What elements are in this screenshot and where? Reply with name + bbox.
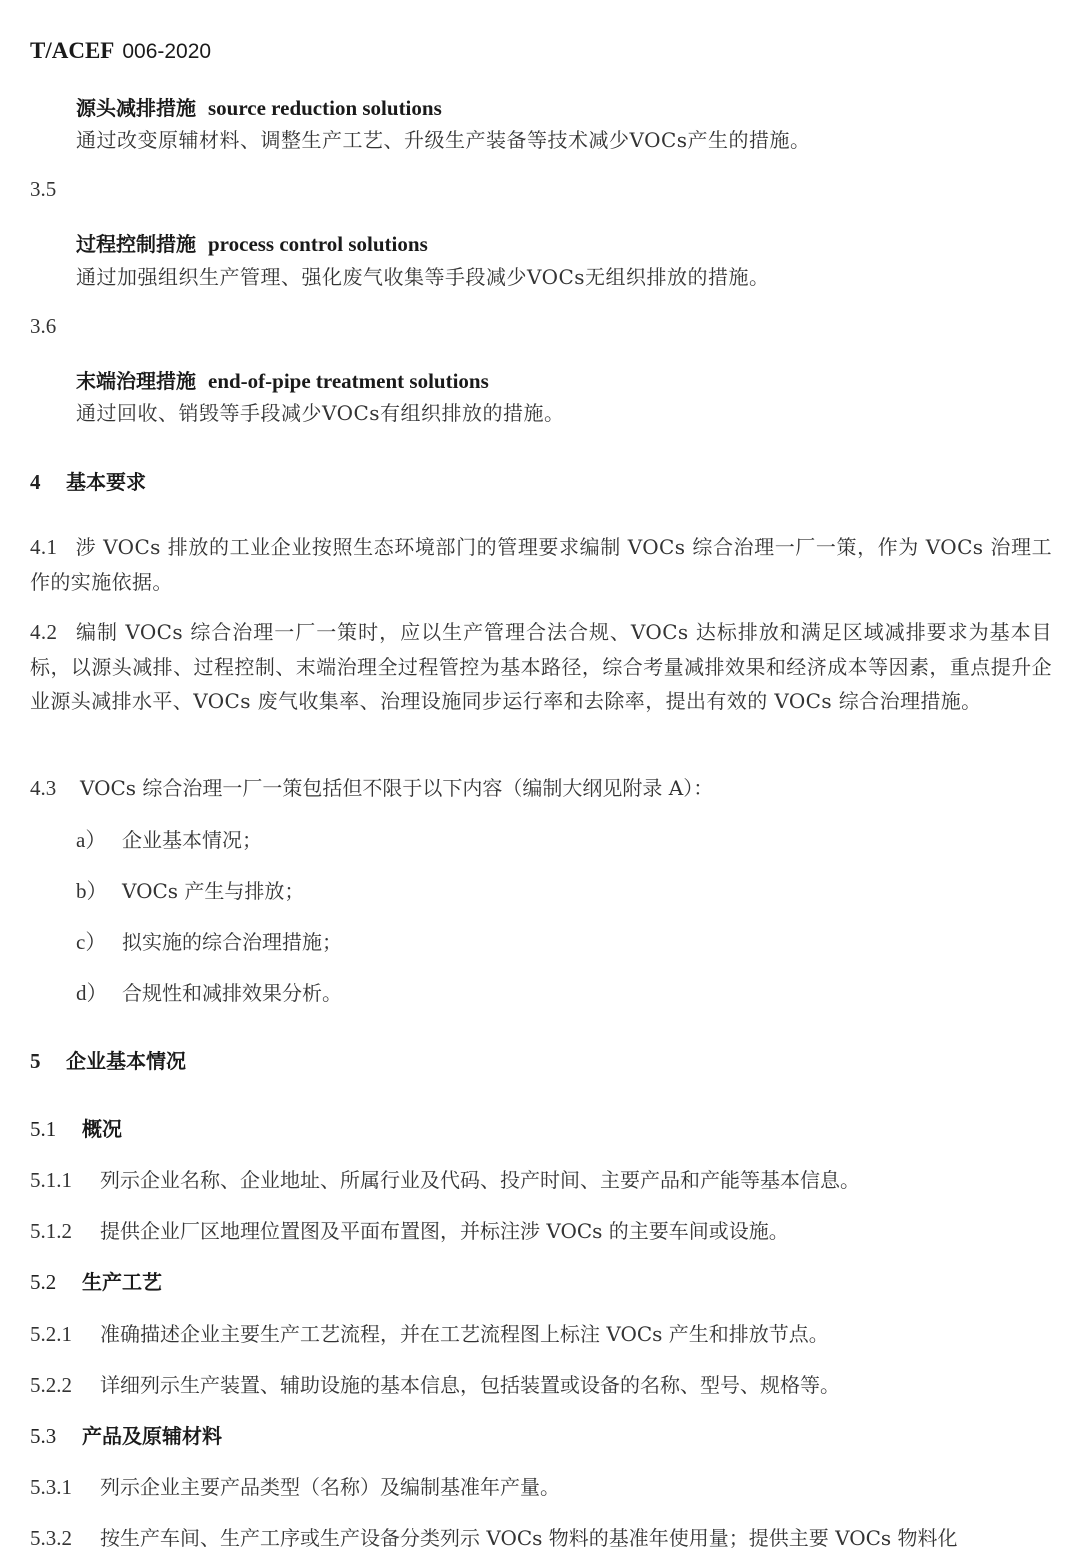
section-number: 5 xyxy=(30,1049,66,1074)
clause-5-1-1: 5.1.1列示企业名称、企业地址、所属行业及代码、投产时间、主要产品和产能等基本… xyxy=(30,1164,860,1193)
subsection-heading-5-3: 5.3产品及原辅材料 xyxy=(30,1420,222,1449)
list-item-a: a）企业基本情况； xyxy=(76,824,262,854)
subsection-heading-5-1: 5.1概况 xyxy=(30,1113,122,1142)
list-item-d: d）合规性和减排效果分析。 xyxy=(76,977,342,1007)
term-definition: 通过改变原辅材料、调整生产工艺、升级生产装备等技术减少VOCs产生的措施。 xyxy=(76,124,811,153)
subsection-number: 5.2 xyxy=(30,1270,82,1295)
term-title-zh: 源头减排措施 xyxy=(76,96,196,120)
section-number: 4 xyxy=(30,470,66,495)
term-title-en: process control solutions xyxy=(208,232,428,256)
list-text: 企业基本情况； xyxy=(122,828,262,852)
term-definition: 通过回收、销毁等手段减少VOCs有组织排放的措施。 xyxy=(76,397,565,426)
clause-text: 详细列示生产装置、辅助设施的基本信息，包括装置或设备的名称、型号、规格等。 xyxy=(100,1373,840,1397)
clause-text: 列示企业名称、企业地址、所属行业及代码、投产时间、主要产品和产能等基本信息。 xyxy=(100,1168,860,1192)
paragraph-number: 4.1 xyxy=(30,535,57,559)
term-definition: 通过加强组织生产管理、强化废气收集等手段减少VOCs无组织排放的措施。 xyxy=(76,261,770,290)
section-title: 基本要求 xyxy=(66,470,146,494)
clause-number: 5.2.1 xyxy=(30,1322,100,1347)
clause-text: 按生产车间、生产工序或生产设备分类列示 VOCs 物料的基准年使用量；提供主要 … xyxy=(100,1526,958,1550)
clause-number: 5.1.2 xyxy=(30,1219,100,1244)
term-number: 3.6 xyxy=(30,314,56,339)
term-title-zh: 末端治理措施 xyxy=(76,369,196,393)
subsection-heading-5-2: 5.2生产工艺 xyxy=(30,1266,162,1295)
list-text: 合规性和减排效果分析。 xyxy=(122,981,342,1005)
paragraph-text: 编制 VOCs 综合治理一厂一策时，应以生产管理合法合规、VOCs 达标排放和满… xyxy=(30,620,1052,713)
clause-text: 列示企业主要产品类型（名称）及编制基准年产量。 xyxy=(100,1475,560,1499)
subsection-number: 5.1 xyxy=(30,1117,82,1142)
clause-5-1-2: 5.1.2提供企业厂区地理位置图及平面布置图，并标注涉 VOCs 的主要车间或设… xyxy=(30,1215,789,1244)
clause-number: 5.1.1 xyxy=(30,1168,100,1193)
subsection-title: 产品及原辅材料 xyxy=(82,1424,222,1448)
clause-5-2-2: 5.2.2详细列示生产装置、辅助设施的基本信息，包括装置或设备的名称、型号、规格… xyxy=(30,1369,840,1398)
list-marker: c） xyxy=(76,926,122,956)
subsection-title: 概况 xyxy=(82,1117,122,1141)
section-heading-4: 4基本要求 xyxy=(30,466,146,495)
list-marker: b） xyxy=(76,875,122,905)
list-text: 拟实施的综合治理措施； xyxy=(122,930,342,954)
list-text: VOCs 产生与排放； xyxy=(122,879,304,903)
paragraph-4-1: 4.1涉 VOCs 排放的工业企业按照生态环境部门的管理要求编制 VOCs 综合… xyxy=(30,530,1052,599)
list-item-c: c）拟实施的综合治理措施； xyxy=(76,926,342,956)
subsection-title: 生产工艺 xyxy=(82,1270,162,1294)
section-title: 企业基本情况 xyxy=(66,1049,186,1073)
clause-number: 5.3.2 xyxy=(30,1526,100,1551)
term-title-zh: 过程控制措施 xyxy=(76,232,196,256)
clause-5-3-1: 5.3.1列示企业主要产品类型（名称）及编制基准年产量。 xyxy=(30,1471,560,1500)
term-title-source-reduction: 源头减排措施source reduction solutions xyxy=(76,92,442,121)
paragraph-4-2: 4.2编制 VOCs 综合治理一厂一策时，应以生产管理合法合规、VOCs 达标排… xyxy=(30,615,1052,719)
term-title-end-of-pipe: 末端治理措施end-of-pipe treatment solutions xyxy=(76,365,489,394)
term-title-process-control: 过程控制措施process control solutions xyxy=(76,228,428,257)
clause-5-2-1: 5.2.1准确描述企业主要生产工艺流程，并在工艺流程图上标注 VOCs 产生和排… xyxy=(30,1318,829,1347)
list-marker: a） xyxy=(76,824,122,854)
clause-5-3-2: 5.3.2按生产车间、生产工序或生产设备分类列示 VOCs 物料的基准年使用量；… xyxy=(30,1522,958,1551)
clause-number: 5.2.2 xyxy=(30,1373,100,1398)
term-title-en: source reduction solutions xyxy=(208,96,442,120)
standard-number: 006-2020 xyxy=(122,40,211,63)
page-header: T/ACEF006-2020 xyxy=(30,38,211,64)
clause-number: 5.3.1 xyxy=(30,1475,100,1500)
paragraph-number: 4.2 xyxy=(30,620,57,644)
section-heading-5: 5企业基本情况 xyxy=(30,1045,186,1074)
document-page: T/ACEF006-2020 源头减排措施source reduction so… xyxy=(0,0,1080,1560)
clause-text: 准确描述企业主要生产工艺流程，并在工艺流程图上标注 VOCs 产生和排放节点。 xyxy=(100,1322,829,1346)
list-item-b: b）VOCs 产生与排放； xyxy=(76,875,304,905)
standard-code: T/ACEF xyxy=(30,38,114,63)
clause-text: 提供企业厂区地理位置图及平面布置图，并标注涉 VOCs 的主要车间或设施。 xyxy=(100,1219,789,1243)
term-title-en: end-of-pipe treatment solutions xyxy=(208,369,489,393)
list-marker: d） xyxy=(76,977,122,1007)
paragraph-text: 涉 VOCs 排放的工业企业按照生态环境部门的管理要求编制 VOCs 综合治理一… xyxy=(30,535,1052,594)
paragraph-number: 4.3 xyxy=(30,776,80,801)
term-number: 3.5 xyxy=(30,177,56,202)
subsection-number: 5.3 xyxy=(30,1424,82,1449)
paragraph-4-3: 4.3VOCs 综合治理一厂一策包括但不限于以下内容（编制大纲见附录 A）： xyxy=(30,772,713,801)
paragraph-text: VOCs 综合治理一厂一策包括但不限于以下内容（编制大纲见附录 A）： xyxy=(80,776,713,800)
